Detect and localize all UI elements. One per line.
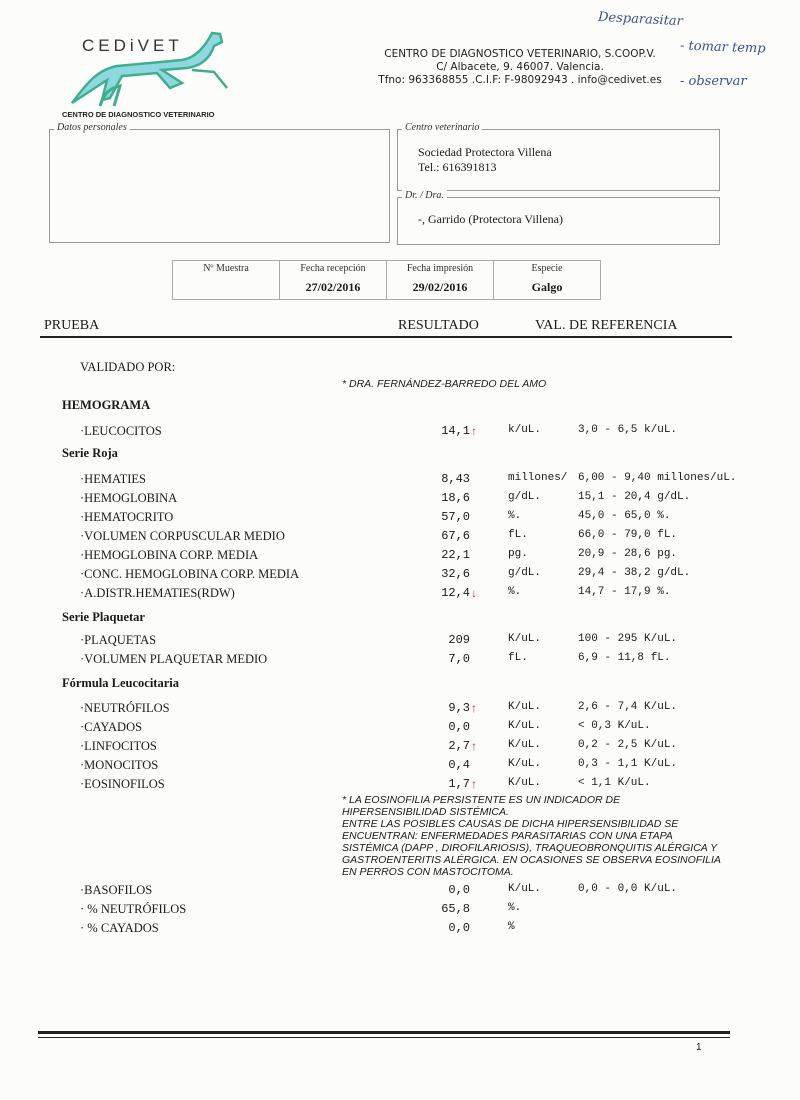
- lab-address: C/ Albacete, 9. 46007. Valencia.: [360, 61, 680, 74]
- doctor-legend: Dr. / Dra.: [402, 190, 447, 201]
- sample-info-table: Nº Muestra Fecha recepción27/02/2016 Fec…: [172, 260, 601, 300]
- reference-range: 14,7 - 17,9 %.: [578, 586, 670, 598]
- lab-contact: Tfno: 963368855 .C.I.F: F-98092943 . inf…: [360, 74, 680, 87]
- reference-range: 0,2 - 2,5 K/uL.: [578, 739, 677, 751]
- test-unit: %.: [508, 586, 521, 598]
- result-row: ·MONOCITOS0,4K/uL.0,3 - 1,1 K/uL.: [0, 758, 800, 776]
- result-row: ·HEMOGLOBINA18,6g/dL.15,1 - 20,4 g/dL.: [0, 491, 800, 509]
- doctor-name: -, Garrido (Protectora Villena): [418, 212, 563, 227]
- section-serie-roja: Serie Roja: [62, 446, 118, 461]
- result-row: ·HEMOGLOBINA CORP. MEDIA22,1pg.20,9 - 28…: [0, 548, 800, 566]
- test-value: 0,0: [448, 921, 470, 935]
- test-value: 12,4: [441, 586, 470, 600]
- test-unit: K/uL.: [508, 739, 541, 751]
- test-name: ·VOLUMEN CORPUSCULAR MEDIO: [80, 529, 285, 544]
- test-name: ·HEMOGLOBINA: [80, 491, 177, 506]
- result-row: · % CAYADOS0,0%: [0, 921, 800, 939]
- test-unit: millones/: [508, 472, 567, 484]
- test-name: ·HEMOGLOBINA CORP. MEDIA: [80, 548, 258, 563]
- test-value: 9,3: [448, 701, 470, 715]
- reference-range: 45,0 - 65,0 %.: [578, 510, 670, 522]
- test-unit: K/uL.: [508, 883, 541, 895]
- column-test: PRUEBA: [44, 318, 99, 334]
- test-unit: g/dL.: [508, 491, 541, 503]
- reference-range: < 1,1 K/uL.: [578, 777, 651, 789]
- test-name: ·HEMATIES: [80, 472, 146, 487]
- reference-range: 6,00 - 9,40 millones/uL.: [578, 472, 736, 484]
- clinic-phone: Tel.: 616391813: [418, 160, 552, 175]
- test-name: ·BASOFILOS: [80, 883, 152, 898]
- result-row: ·BASOFILOS0,0K/uL.0,0 - 0,0 K/uL.: [0, 883, 800, 901]
- test-name: ·VOLUMEN PLAQUETAR MEDIO: [80, 652, 267, 667]
- test-unit: K/uL.: [508, 758, 541, 770]
- test-name: ·CONC. HEMOGLOBINA CORP. MEDIA: [80, 567, 299, 582]
- section-formula-leucocitaria: Fórmula Leucocitaria: [62, 676, 179, 691]
- test-unit: %.: [508, 902, 521, 914]
- reference-range: 15,1 - 20,4 g/dL.: [578, 491, 690, 503]
- test-value: 7,0: [448, 652, 470, 666]
- test-value: 1,7: [448, 777, 470, 791]
- result-row: ·CONC. HEMOGLOBINA CORP. MEDIA32,6g/dL.2…: [0, 567, 800, 585]
- lab-name: CENTRO DE DIAGNOSTICO VETERINARIO, S.COO…: [360, 48, 680, 61]
- reference-range: 0,0 - 0,0 K/uL.: [578, 883, 677, 895]
- result-row: ·HEMATIES8,43millones/6,00 - 9,40 millon…: [0, 472, 800, 490]
- footer-rule-thin: [38, 1037, 730, 1038]
- test-value: 0,0: [448, 883, 470, 897]
- species-cell: EspecieGalgo: [494, 261, 601, 300]
- reception-date-cell: Fecha recepción27/02/2016: [280, 261, 387, 300]
- logo-text: CEDiVET: [82, 36, 183, 56]
- test-value: 57,0: [441, 510, 470, 524]
- reference-range: 2,6 - 7,4 K/uL.: [578, 701, 677, 713]
- arrow-up-icon: ↑: [471, 424, 477, 439]
- test-name: ·LINFOCITOS: [80, 739, 157, 754]
- result-row: ·VOLUMEN PLAQUETAR MEDIO7,0fL.6,9 - 11,8…: [0, 652, 800, 670]
- test-unit: %.: [508, 510, 521, 522]
- test-value: 0,0: [448, 720, 470, 734]
- test-unit: fL.: [508, 652, 528, 664]
- test-name: ·LEUCOCITOS: [80, 424, 162, 439]
- test-value: 8,43: [441, 472, 470, 486]
- test-name: ·HEMATOCRITO: [80, 510, 173, 525]
- test-name: ·NEUTRÓFILOS: [80, 701, 170, 716]
- test-unit: fL.: [508, 529, 528, 541]
- test-value: 22,1: [441, 548, 470, 562]
- arrow-up-icon: ↑: [471, 701, 477, 716]
- result-row: ·HEMATOCRITO57,0%.45,0 - 65,0 %.: [0, 510, 800, 528]
- footer-rule-thick: [38, 1031, 730, 1034]
- test-unit: K/uL.: [508, 720, 541, 732]
- test-value: 0,4: [448, 758, 470, 772]
- reference-range: 29,4 - 38,2 g/dL.: [578, 567, 690, 579]
- test-value: 14,1: [441, 424, 470, 438]
- handwritten-note-2: - tomar temp: [680, 39, 766, 57]
- centro-veterinario-box: Centro veterinario Sociedad Protectora V…: [397, 129, 720, 191]
- validated-by-label: VALIDADO POR:: [80, 360, 175, 375]
- test-value: 209: [448, 633, 470, 647]
- test-name: ·A.DISTR.HEMATIES(RDW): [80, 586, 235, 601]
- test-unit: k/uL.: [508, 424, 541, 436]
- test-name: · % NEUTRÓFILOS: [80, 902, 186, 917]
- column-result: RESULTADO: [398, 318, 479, 334]
- test-name: · % CAYADOS: [80, 921, 159, 936]
- test-name: ·EOSINOFILOS: [80, 777, 165, 792]
- arrow-up-icon: ↑: [471, 777, 477, 792]
- print-date-cell: Fecha impresión29/02/2016: [387, 261, 494, 300]
- result-row: ·A.DISTR.HEMATIES(RDW)12,4↓%.14,7 - 17,9…: [0, 586, 800, 604]
- handwritten-note-3: - observar: [680, 74, 747, 89]
- section-serie-plaquetar: Serie Plaquetar: [62, 610, 145, 625]
- test-unit: %: [508, 921, 515, 933]
- reference-range: 3,0 - 6,5 k/uL.: [578, 424, 677, 436]
- result-row: ·NEUTRÓFILOS9,3↑K/uL.2,6 - 7,4 K/uL.: [0, 701, 800, 719]
- reference-range: 6,9 - 11,8 fL.: [578, 652, 670, 664]
- test-name: ·MONOCITOS: [80, 758, 158, 773]
- arrow-up-icon: ↑: [471, 739, 477, 754]
- clinic-name: Sociedad Protectora Villena: [418, 145, 552, 160]
- logo-subtitle: CENTRO DE DIAGNOSTICO VETERINARIO: [62, 110, 215, 119]
- test-unit: K/uL.: [508, 633, 541, 645]
- datos-personales-legend: Datos personales: [54, 122, 130, 133]
- eosinophil-note: * LA EOSINOFILIA PERSISTENTE ES UN INDIC…: [342, 794, 722, 878]
- reference-range: 20,9 - 28,6 pg.: [578, 548, 677, 560]
- arrow-down-icon: ↓: [471, 586, 477, 601]
- validated-by-name: * DRA. FERNÁNDEZ-BARREDO DEL AMO: [342, 378, 546, 390]
- handwritten-note-1: Desparasitar: [598, 10, 684, 29]
- reference-range: < 0,3 K/uL.: [578, 720, 651, 732]
- reference-range: 66,0 - 79,0 fL.: [578, 529, 677, 541]
- test-unit: pg.: [508, 548, 528, 560]
- reference-range: 100 - 295 K/uL.: [578, 633, 677, 645]
- result-row: · % NEUTRÓFILOS65,8%.: [0, 902, 800, 920]
- test-unit: g/dL.: [508, 567, 541, 579]
- result-row: ·LINFOCITOS2,7↑K/uL.0,2 - 2,5 K/uL.: [0, 739, 800, 757]
- doctor-box: Dr. / Dra. -, Garrido (Protectora Villen…: [397, 197, 720, 245]
- lab-header: CENTRO DE DIAGNOSTICO VETERINARIO, S.COO…: [360, 48, 680, 87]
- test-unit: K/uL.: [508, 777, 541, 789]
- result-row: ·EOSINOFILOS1,7↑K/uL.< 1,1 K/uL.: [0, 777, 800, 795]
- column-reference: VAL. DE REFERENCIA: [535, 318, 677, 334]
- result-row: ·PLAQUETAS209K/uL.100 - 295 K/uL.: [0, 633, 800, 651]
- test-value: 18,6: [441, 491, 470, 505]
- section-hemograma: HEMOGRAMA: [62, 398, 150, 413]
- datos-personales-box: Datos personales: [49, 129, 390, 243]
- test-name: ·PLAQUETAS: [80, 633, 156, 648]
- test-value: 65,8: [441, 902, 470, 916]
- reference-range: 0,3 - 1,1 K/uL.: [578, 758, 677, 770]
- test-value: 32,6: [441, 567, 470, 581]
- centro-veterinario-legend: Centro veterinario: [402, 122, 482, 133]
- sample-number-cell: Nº Muestra: [173, 261, 280, 300]
- test-value: 2,7: [448, 739, 470, 753]
- result-row: ·VOLUMEN CORPUSCULAR MEDIO67,6fL.66,0 - …: [0, 529, 800, 547]
- result-row: ·CAYADOS0,0K/uL.< 0,3 K/uL.: [0, 720, 800, 738]
- test-value: 67,6: [441, 529, 470, 543]
- test-name: ·CAYADOS: [80, 720, 142, 735]
- page-number: 1: [696, 1042, 702, 1053]
- result-row: ·LEUCOCITOS14,1↑k/uL.3,0 - 6,5 k/uL.: [0, 424, 800, 442]
- test-unit: K/uL.: [508, 701, 541, 713]
- header-divider: [40, 336, 732, 338]
